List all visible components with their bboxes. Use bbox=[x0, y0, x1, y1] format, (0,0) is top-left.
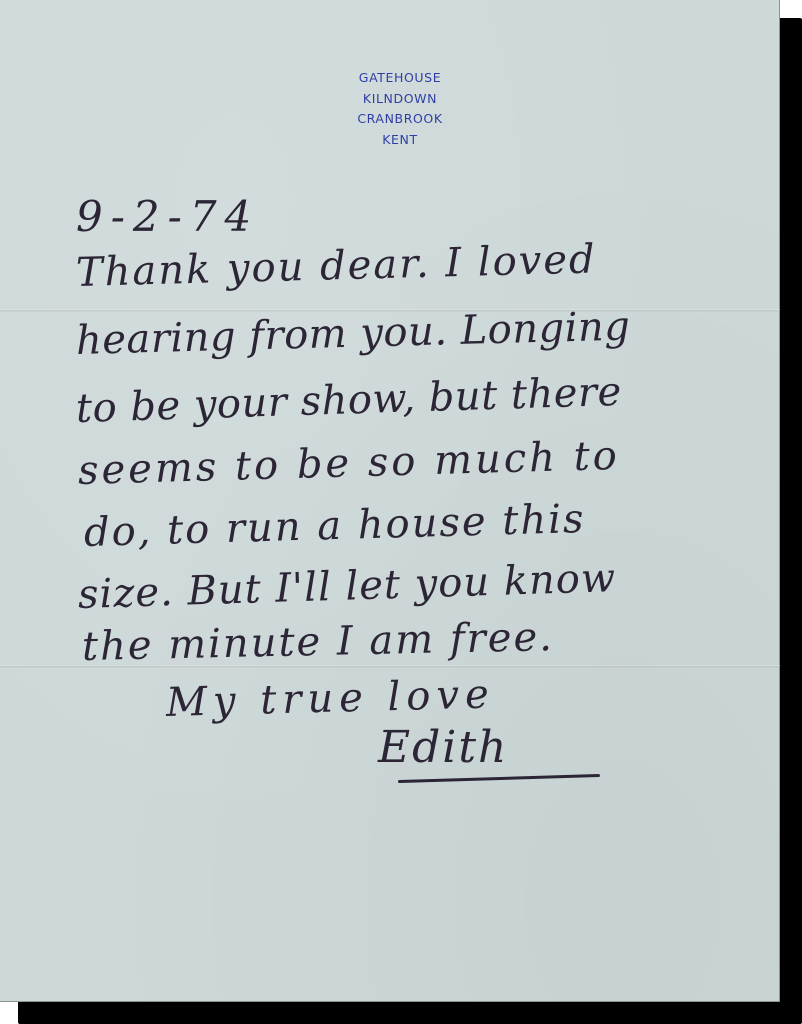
body-line: do, to run a house this bbox=[83, 496, 586, 556]
body-line: hearing from you. Longing bbox=[75, 303, 630, 363]
letter-closing: My true love bbox=[165, 671, 495, 726]
body-line: Thank you dear. I loved bbox=[75, 236, 597, 296]
letterhead-line: CRANBROOK bbox=[320, 109, 480, 130]
letter-date: 9-2-74 bbox=[76, 192, 259, 241]
letterhead-address: GATEHOUSE KILNDOWN CRANBROOK KENT bbox=[320, 68, 480, 150]
body-line: seems to be so much to bbox=[77, 433, 620, 494]
body-line: size. But I'll let you know bbox=[77, 555, 616, 618]
body-line: to be your show, but there bbox=[75, 369, 622, 432]
letter-page: GATEHOUSE KILNDOWN CRANBROOK KENT 9-2-74… bbox=[0, 0, 780, 1002]
body-line: the minute I am free. bbox=[82, 614, 555, 670]
letterhead-line: GATEHOUSE bbox=[320, 68, 480, 89]
signature: Edith bbox=[378, 722, 508, 773]
letterhead-line: KENT bbox=[320, 130, 480, 151]
letterhead-line: KILNDOWN bbox=[320, 89, 480, 110]
signature-underline bbox=[398, 774, 600, 783]
